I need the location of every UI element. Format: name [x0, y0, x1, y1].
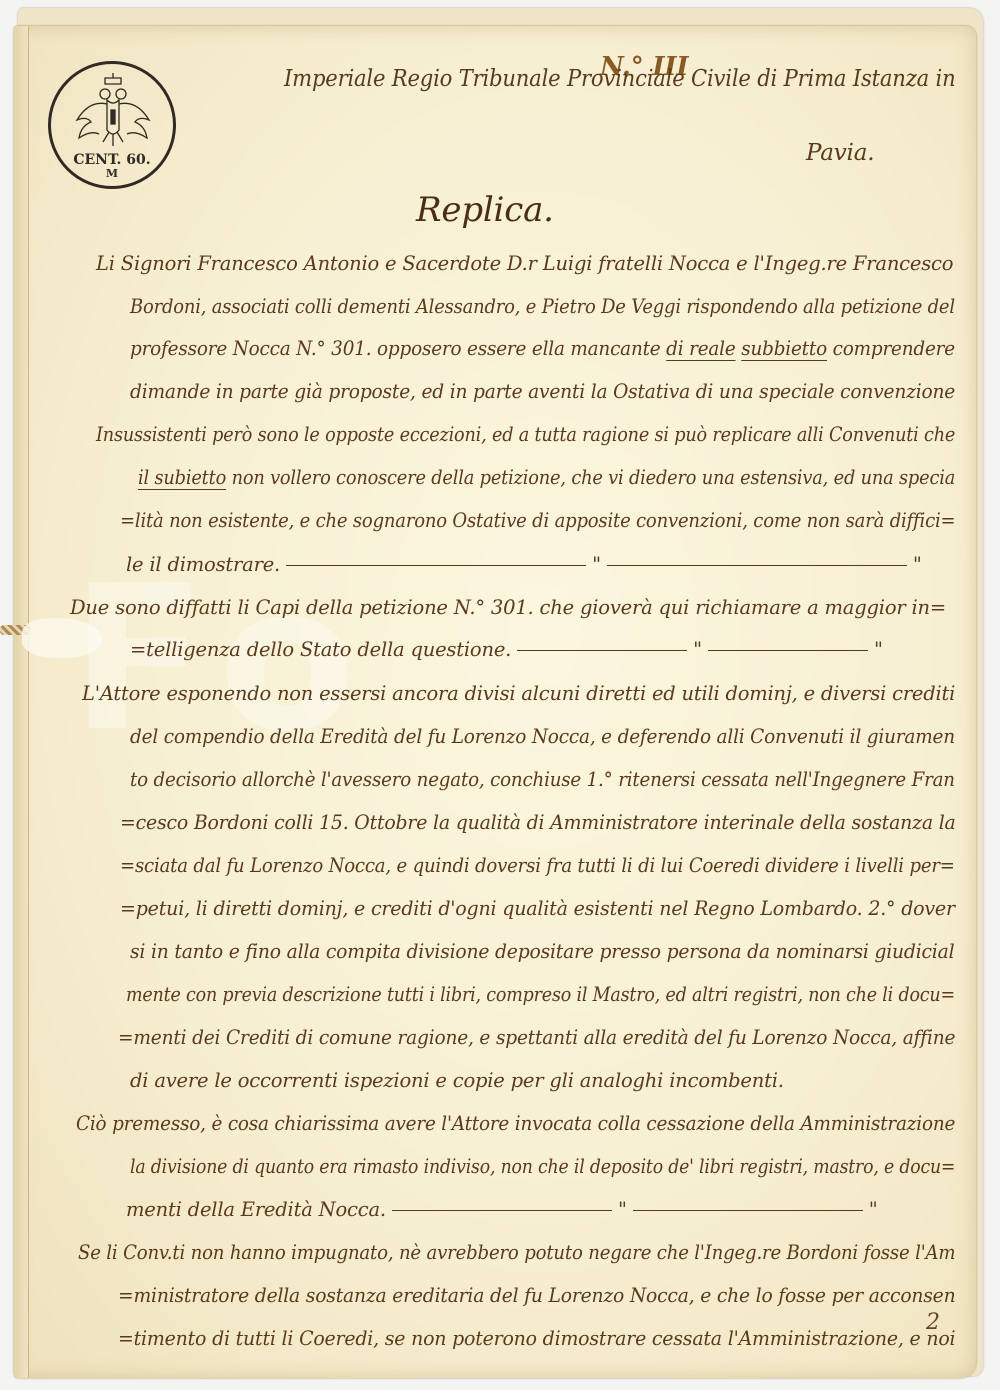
- body-line-text: professore Nocca N.° 301. opposero esser…: [130, 337, 666, 360]
- body-line: L'Attore esponendo non essersi ancora di…: [82, 682, 955, 705]
- body-line-text: menti della Eredità Nocca.: [126, 1198, 386, 1221]
- body-line: =ministratore della sostanza ereditaria …: [118, 1284, 955, 1307]
- body-line-text: =telligenza dello Stato della questione.: [130, 638, 511, 661]
- body-line: =cesco Bordoni colli 15. Ottobre la qual…: [120, 811, 956, 834]
- body-line: il subietto non vollero conoscere della …: [138, 466, 955, 489]
- body-line: =telligenza dello Stato della questione.…: [130, 638, 883, 661]
- revenue-stamp: CENT. 60. M: [48, 61, 176, 189]
- filler-dash: [286, 565, 586, 566]
- underlined-phrase: il subietto: [138, 466, 226, 489]
- body-line: Due sono diffatti li Capi della petizion…: [70, 596, 946, 619]
- body-line: del compendio della Eredità del fu Loren…: [130, 725, 955, 748]
- body-line: =timento di tutti li Coeredi, se non pot…: [118, 1327, 955, 1350]
- body-line: Ciò premesso, è cosa chiarissima avere l…: [76, 1112, 955, 1135]
- body-line: di avere le occorrenti ispezioni e copie…: [130, 1069, 784, 1092]
- body-line: Se li Conv.ti non hanno impugnato, nè av…: [78, 1241, 955, 1264]
- page-continuation-mark: 2: [926, 1310, 940, 1335]
- filler-dash: [708, 650, 868, 651]
- body-line: =menti dei Crediti di comune ragione, e …: [118, 1026, 955, 1049]
- body-line: la divisione di quanto era rimasto indiv…: [130, 1155, 955, 1178]
- stamp-value: CENT. 60.: [73, 153, 150, 167]
- body-line: le il dimostrare."": [126, 553, 922, 576]
- body-line: =sciata dal fu Lorenzo Nocca, e quindi d…: [120, 854, 955, 877]
- body-line: mente con previa descrizione tutti i lib…: [126, 983, 955, 1006]
- filler-dash: [607, 565, 907, 566]
- page-binding-edge: [14, 26, 29, 1378]
- body-line-text: comprendere: [827, 337, 955, 360]
- underlined-phrase: subbietto: [741, 337, 827, 360]
- filler-dash: [633, 1210, 863, 1211]
- body-line: Insussistenti però sono le opposte eccez…: [96, 423, 955, 446]
- double-headed-eagle-icon: [69, 72, 157, 154]
- body-line-text: non vollero conoscere della petizione, c…: [226, 466, 955, 489]
- body-line: =petui, li diretti dominj, e crediti d'o…: [120, 897, 955, 920]
- filler-dash: [392, 1210, 612, 1211]
- body-line: dimande in parte già proposte, ed in par…: [130, 380, 955, 403]
- body-line: =lità non esistente, e che sognarono Ost…: [120, 509, 955, 532]
- body-line: to decisorio allorchè l'avessero negato,…: [130, 768, 955, 791]
- body-line-text: le il dimostrare.: [126, 553, 280, 576]
- underlined-phrase: di reale: [666, 337, 735, 360]
- body-line: menti della Eredità Nocca."": [126, 1198, 878, 1221]
- court-name-line2: Pavia.: [806, 140, 874, 166]
- court-name-line1: Imperiale Regio Tribunale Provinciale Ci…: [284, 66, 900, 92]
- body-line: Bordoni, associati colli dementi Alessan…: [130, 295, 955, 318]
- body-line: Li Signori Francesco Antonio e Sacerdote…: [96, 252, 953, 275]
- paper-tear: [22, 618, 102, 658]
- body-line: si in tanto e fino alla compita division…: [130, 940, 954, 963]
- document-title: Replica.: [416, 190, 554, 230]
- filler-dash: [517, 650, 687, 651]
- stamp-mint-mark: M: [106, 168, 118, 180]
- body-line: professore Nocca N.° 301. opposero esser…: [130, 337, 955, 360]
